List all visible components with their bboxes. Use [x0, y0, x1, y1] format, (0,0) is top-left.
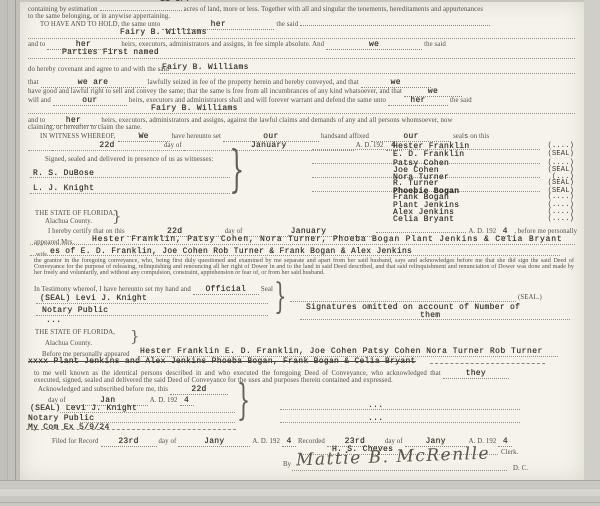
rule	[280, 422, 520, 423]
warrant-fill: our	[53, 97, 127, 106]
claiming-line: claiming, or hereafter to claim the same…	[28, 124, 142, 132]
filed-month: Jany	[178, 438, 250, 447]
acres-blank	[100, 10, 182, 11]
andto1-fill2: we	[326, 41, 422, 50]
filed-ad: A. D. 192	[252, 438, 280, 445]
rule	[60, 412, 235, 413]
signer-seal: (....)	[548, 215, 574, 224]
seized-fill: we are	[41, 79, 146, 88]
warrant-post: the said	[450, 97, 472, 104]
executed-line: executed, signed, sealed and delivered t…	[34, 377, 393, 385]
county1-label: Alachua County.	[45, 218, 92, 226]
ack-brace: }	[237, 376, 250, 425]
andto1-post: the said	[424, 41, 446, 48]
warrant-pre: will and	[28, 97, 51, 104]
tohave-pre: TO HAVE AND TO HOLD, the same unto	[40, 21, 160, 28]
recorded-year: 4	[498, 438, 512, 447]
witness-ad: A. D. 192	[356, 142, 384, 149]
signer-name: E. D. Franklin	[393, 150, 464, 159]
rule	[36, 315, 268, 316]
state1-brace: }	[112, 207, 122, 225]
grantee-name-2: Fairy B. Williams	[151, 105, 238, 113]
testimony-fill: Official	[193, 286, 259, 295]
goodright-pre: have good and lawful right to sell and c…	[28, 88, 402, 95]
certify-blank	[376, 232, 466, 233]
county2-label: Alachua County.	[45, 340, 92, 348]
certify-dayof: day of	[225, 228, 243, 235]
notary1-dots: ...	[46, 317, 61, 325]
rule	[28, 113, 575, 114]
inwitness-seal-s: s	[464, 133, 468, 141]
state2-label: THE STATE OF FLORIDA,	[35, 329, 115, 337]
andto2-post: heirs, executors, administrators and ass…	[101, 117, 452, 124]
rule	[26, 429, 236, 430]
left-scan-margin	[0, 0, 20, 480]
filed-year: 4	[282, 438, 296, 447]
rule	[160, 73, 575, 74]
tohave-mid: the said	[276, 21, 298, 28]
seized-mid: lawfully seized in fee of the property h…	[148, 79, 359, 86]
scanned-deed-page: 11 3/7 containing by estimationacres of …	[0, 0, 600, 506]
known-fill: they	[443, 370, 509, 379]
recorded-label: Recorded	[298, 438, 325, 445]
signer-row: E. D. Franklin(SEAL)	[393, 150, 574, 159]
signer-name: Celia Bryant	[393, 215, 454, 224]
seized-line: thatwe arelawfully seized in fee of the …	[28, 79, 433, 88]
signer-row: Celia Bryant(....)	[393, 215, 574, 224]
filed-day: 23rd	[101, 438, 157, 447]
seized-fill2: we	[361, 79, 431, 88]
tohave-blank	[300, 25, 490, 26]
acreage-fraction: 11 3/7	[160, 0, 191, 4]
warrant-mid: heirs, executors and administrators shal…	[129, 97, 386, 104]
signer-seal: (SEAL)	[548, 150, 574, 159]
inwitness-mid3: and affixed	[337, 133, 369, 140]
parties-first-named: Parties First named	[62, 49, 159, 57]
left-margin-line-faint	[7, 0, 8, 480]
witness-dayof: day of	[164, 142, 182, 149]
covenant-pre: do hereby covenant and agree to and with…	[28, 66, 169, 74]
inwitness-fill1: We	[118, 133, 170, 142]
by-label: By	[283, 461, 291, 469]
right-scan-margin	[584, 0, 600, 480]
rule	[28, 58, 575, 59]
certify-ad: A. D. 192	[468, 228, 496, 235]
andto2-pre: and to	[28, 117, 45, 124]
seal-right-label: (SEAL.)	[518, 294, 542, 302]
state1-label: THE STATE OF FLORIDA,	[35, 210, 115, 218]
page-edge-line	[0, 480, 600, 481]
page-edge-line-2	[0, 502, 600, 503]
rule	[292, 470, 507, 471]
appeared-names: Hester Franklin, Patsy Cohen, Nora Turne…	[92, 236, 562, 244]
rule	[30, 177, 230, 178]
inwitness-pre: IN WITNESS WHEREOF,	[40, 133, 116, 140]
covenant-grantee: Fairy B. Williams	[162, 64, 249, 72]
rule	[30, 255, 560, 256]
before-names-2: xxxx Plant Jenkins and Alex Jenkins Phoe…	[28, 358, 416, 366]
inwitness-mid1: have hereunto set	[172, 133, 221, 140]
warrant-line: will andourheirs, executors and administ…	[28, 97, 472, 106]
witness-signature-2: L. J. Knight	[33, 185, 94, 193]
testimony-pre: In Testimony whereof, I have hereunto se…	[34, 286, 191, 293]
rule	[430, 363, 545, 364]
ack-year: 4	[180, 397, 194, 406]
andto1-mid: heirs, executors, administrators and ass…	[121, 41, 324, 48]
filed-dayof: day of	[159, 438, 177, 445]
notary1-title: Notary Public	[42, 307, 108, 315]
dower-paragraph: the grantor in the foregoing conveyance,…	[34, 258, 574, 275]
witness-label: Signed, sealed and delivered in presence…	[45, 156, 213, 164]
ack-ad: A. D. 192	[150, 397, 178, 404]
inwitness-mid4: seal	[453, 133, 464, 140]
seized-pre: that	[28, 79, 39, 86]
belonging-line: to the same belonging, or in anywise app…	[28, 13, 170, 21]
ack-day: 22d	[170, 386, 228, 395]
certify-post: , before me personally	[514, 228, 577, 235]
rule	[30, 244, 575, 245]
inwitness-post: on this	[470, 133, 489, 140]
notary1-signature: (SEAL) Levi J. Knight	[40, 295, 147, 303]
testimony-brace: }	[274, 277, 286, 318]
notary2-dots-2: ...	[368, 415, 383, 423]
rule	[290, 301, 516, 302]
before-names-1: Hester Franklin E. D. Franklin, Joe Cohe…	[140, 348, 543, 356]
dc-label: D. C.	[513, 465, 528, 473]
certify-pre: I hereby certify that on this	[48, 228, 125, 235]
appeared-label: appeared Mrs.	[34, 239, 74, 247]
andto1-pre: and to	[28, 41, 45, 48]
containing-pre: containing by estimation	[28, 6, 98, 13]
left-margin-line	[15, 0, 16, 480]
signatures-omitted-1: Signatures omitted on account of Number …	[306, 304, 520, 312]
ack-dayof: day of	[48, 397, 66, 404]
clerk-label: Clerk.	[501, 449, 518, 457]
commission-expiry: My Com Ex 5/9/24	[28, 424, 110, 432]
containing-post: acres of land, more or less. Together wi…	[184, 6, 484, 13]
state2-brace: }	[130, 327, 140, 345]
rule	[28, 150, 300, 151]
recorded-dayof: day of	[385, 438, 403, 445]
ack-line: Acknowledged and subscribed before me, t…	[38, 386, 230, 395]
grantee-name-1: Fairy B. Williams	[120, 29, 207, 37]
inwitness-mid2: hands	[321, 133, 337, 140]
next-page-sliver	[0, 489, 600, 496]
rule	[280, 409, 520, 410]
testimony-post: Seal	[261, 286, 273, 293]
filed-label: Filed for Record	[52, 438, 99, 445]
rule	[28, 38, 575, 39]
ack-pre: Acknowledged and subscribed before me, t…	[38, 386, 168, 393]
witness-brace: }	[229, 141, 244, 199]
notary2-dots-1: ...	[368, 402, 383, 410]
rule	[36, 303, 268, 304]
warrant-fill2: her	[388, 97, 448, 106]
inwitness-fill3: our	[371, 133, 451, 142]
rule	[300, 319, 570, 320]
tohave-line: TO HAVE AND TO HOLD, the same untoherthe…	[40, 21, 492, 30]
rule	[30, 193, 230, 194]
